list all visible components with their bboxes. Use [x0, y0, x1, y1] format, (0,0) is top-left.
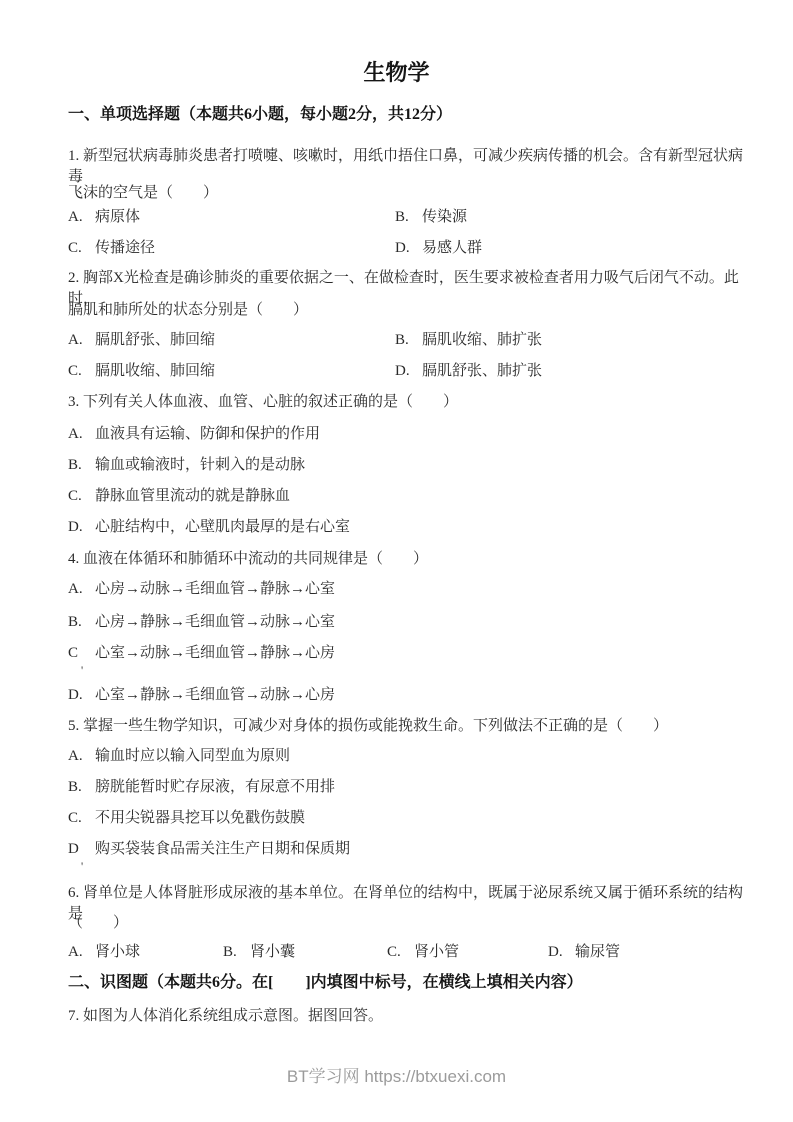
- section-2-heading: 二、识图题（本题共6分。在[ ]内填图中标号，在横线上填相关内容）: [68, 972, 745, 994]
- option-text: 输尿管: [575, 944, 620, 960]
- option-letter: C.: [68, 808, 95, 829]
- question-1-option-b: B.传染源: [395, 207, 745, 228]
- option-text: 膀胱能暂时贮存尿液，有尿意不用排: [95, 779, 335, 795]
- question-5-option-c: C.不用尖锐器具挖耳以免戳伤鼓膜: [68, 808, 745, 829]
- question-3-option-b: B.输血或输液时，针刺入的是动脉: [68, 455, 745, 476]
- option-text: 肾小管: [414, 944, 459, 960]
- question-4-option-a: A.心房→动脉→毛细血管→静脉→心室: [68, 579, 745, 600]
- option-text: 传播途径: [95, 240, 155, 256]
- question-6-option-d: D.输尿管: [548, 942, 745, 963]
- option-text: 不用尖锐器具挖耳以免戳伤鼓膜: [95, 810, 305, 826]
- option-text: 传染源: [422, 209, 467, 225]
- question-4-option-b: B.心房→静脉→毛细血管→动脉→心室: [68, 612, 745, 633]
- stray-mark: ': [81, 861, 83, 871]
- option-text: 易感人群: [422, 240, 482, 256]
- option-letter: A.: [68, 424, 95, 445]
- question-1-options: A.病原体 B.传染源 C.传播途径 D.易感人群: [68, 207, 745, 259]
- option-text: 心室→动脉→毛细血管→静脉→心房: [95, 645, 335, 661]
- option-letter: A.: [68, 746, 95, 767]
- question-2-options: A.膈肌舒张、肺回缩 B.膈肌收缩、肺扩张 C.膈肌收缩、肺回缩 D.膈肌舒张、…: [68, 330, 745, 382]
- question-1-option-c: C.传播途径: [68, 238, 395, 259]
- page-title: 生物学: [0, 58, 793, 88]
- question-2-stem-line-2: 膈肌和肺所处的状态分别是（ ）: [68, 300, 745, 321]
- option-letter: B.: [395, 207, 422, 228]
- option-text: 膈肌舒张、肺扩张: [422, 363, 542, 379]
- option-text: 心室→静脉→毛细血管→动脉→心房: [95, 687, 335, 703]
- option-letter: A.: [68, 207, 95, 228]
- option-letter: B.: [68, 612, 95, 633]
- option-letter: A.: [68, 330, 95, 351]
- question-7-stem: 7. 如图为人体消化系统组成示意图。据图回答。: [68, 1006, 745, 1027]
- option-text: 输血或输液时，针刺入的是动脉: [95, 457, 305, 473]
- question-2-option-b: B.膈肌收缩、肺扩张: [395, 330, 745, 351]
- option-letter: D.: [68, 685, 95, 706]
- question-5-option-a: A.输血时应以输入同型血为原则: [68, 746, 745, 767]
- option-letter: D.: [68, 517, 95, 538]
- option-text: 心房→静脉→毛细血管→动脉→心室: [95, 614, 335, 630]
- question-2-option-a: A.膈肌舒张、肺回缩: [68, 330, 395, 351]
- question-3-option-c: C.静脉血管里流动的就是静脉血: [68, 486, 745, 507]
- option-letter: D: [68, 839, 95, 860]
- question-5-option-b: B.膀胱能暂时贮存尿液，有尿意不用排: [68, 777, 745, 798]
- option-letter: B.: [223, 942, 250, 963]
- exam-paper-page: 生物学 一、单项选择题（本题共6小题，每小题2分，共12分） 1. 新型冠状病毒…: [0, 0, 793, 1122]
- option-text: 膈肌收缩、肺回缩: [95, 363, 215, 379]
- question-1-option-d: D.易感人群: [395, 238, 745, 259]
- option-letter: B.: [68, 777, 95, 798]
- option-text: 心房→动脉→毛细血管→静脉→心室: [95, 581, 335, 597]
- question-3-option-a: A.血液具有运输、防御和保护的作用: [68, 424, 745, 445]
- question-4-option-c: C心室→动脉→毛细血管→静脉→心房 ': [68, 643, 745, 664]
- option-letter: C.: [68, 238, 95, 259]
- option-letter: C: [68, 643, 95, 664]
- stray-mark: ': [81, 665, 83, 675]
- question-6-options: A.肾小球 B.肾小囊 C.肾小管 D.输尿管: [68, 942, 745, 963]
- option-text: 肾小囊: [250, 944, 295, 960]
- question-5-stem: 5. 掌握一些生物学知识，可减少对身体的损伤或能挽救生命。下列做法不正确的是（ …: [68, 716, 745, 737]
- option-letter: B.: [68, 455, 95, 476]
- question-4-option-d: D.心室→静脉→毛细血管→动脉→心房: [68, 685, 745, 706]
- option-text: 血液具有运输、防御和保护的作用: [95, 426, 320, 442]
- question-1-stem-line-2: 飞沫的空气是（ ）: [68, 183, 745, 204]
- option-text: 病原体: [95, 209, 140, 225]
- question-2-option-d: D.膈肌舒张、肺扩张: [395, 361, 745, 382]
- question-1-stem-line-1: 1. 新型冠状病毒肺炎患者打喷嚏、咳嗽时，用纸巾捂住口鼻，可减少疾病传播的机会。…: [68, 146, 745, 188]
- option-text: 肾小球: [95, 944, 140, 960]
- question-4-stem: 4. 血液在体循环和肺循环中流动的共同规律是（ ）: [68, 549, 745, 570]
- question-1-option-a: A.病原体: [68, 207, 395, 228]
- option-letter: C.: [68, 361, 95, 382]
- section-1-heading: 一、单项选择题（本题共6小题，每小题2分，共12分）: [68, 104, 745, 126]
- option-letter: D.: [548, 942, 575, 963]
- watermark-text: BT学习网 https://btxuexi.com: [0, 1066, 793, 1088]
- question-5-option-d: D购买袋装食品需关注生产日期和保质期 ': [68, 839, 745, 860]
- question-6-option-b: B.肾小囊: [223, 942, 387, 963]
- option-letter: D.: [395, 238, 422, 259]
- option-text: 输血时应以输入同型血为原则: [95, 748, 290, 764]
- question-2-option-c: C.膈肌收缩、肺回缩: [68, 361, 395, 382]
- option-letter: C.: [387, 942, 414, 963]
- option-text: 膈肌收缩、肺扩张: [422, 332, 542, 348]
- question-6-option-a: A.肾小球: [68, 942, 223, 963]
- option-text: 膈肌舒张、肺回缩: [95, 332, 215, 348]
- option-letter: A.: [68, 579, 95, 600]
- option-text: 静脉血管里流动的就是静脉血: [95, 488, 290, 504]
- question-6-option-c: C.肾小管: [387, 942, 548, 963]
- option-text: 心脏结构中，心壁肌肉最厚的是右心室: [95, 519, 350, 535]
- option-text: 购买袋装食品需关注生产日期和保质期: [95, 841, 350, 857]
- option-letter: C.: [68, 486, 95, 507]
- question-3-option-d: D.心脏结构中，心壁肌肉最厚的是右心室: [68, 517, 745, 538]
- question-3-stem: 3. 下列有关人体血液、血管、心脏的叙述正确的是（ ）: [68, 392, 745, 413]
- option-letter: D.: [395, 361, 422, 382]
- option-letter: B.: [395, 330, 422, 351]
- option-letter: A.: [68, 942, 95, 963]
- question-6-stem-line-2: （ ）: [68, 913, 745, 934]
